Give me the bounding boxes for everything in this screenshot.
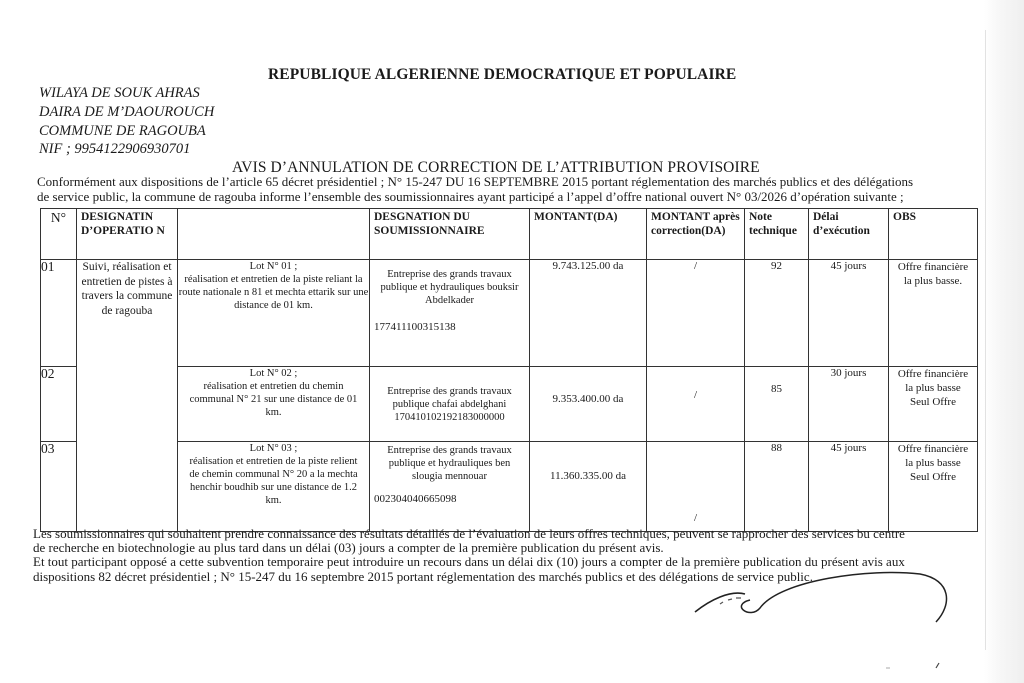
daira-line: DAIRA DE M’DAOUROUCH <box>39 103 214 122</box>
note-technique: 88 <box>745 442 809 532</box>
lot-cell: Lot N° 03 ; réalisation et entretien de … <box>178 442 370 532</box>
row-number: 02 <box>41 367 77 442</box>
montant: 9.353.400.00 da <box>530 367 647 442</box>
row-number: 01 <box>41 260 77 367</box>
table-row: 01 Suivi, réalisation et entretien de pi… <box>41 260 978 367</box>
header-montant: MONTANT(DA) <box>530 209 647 260</box>
montant-apres-correction: / <box>647 260 745 367</box>
row-number: 03 <box>41 442 77 532</box>
bidder-nif: 177411100315138 <box>370 321 529 334</box>
header-montant-apres: MONTANT après correction(DA) <box>647 209 745 260</box>
intro-line-1: Conformément aux dispositions de l’artic… <box>37 175 987 190</box>
lot-description: réalisation et entretien de la piste rel… <box>178 273 369 312</box>
header-soumissionnaire: DESGNATION DU SOUMISSIONNAIRE <box>370 209 530 260</box>
montant-apres-correction: / <box>647 367 745 442</box>
lot-cell: Lot N° 01 ; réalisation et entretien de … <box>178 260 370 367</box>
header-delai: Délai d’exécution <box>809 209 889 260</box>
lot-description: réalisation et entretien de la piste rel… <box>178 455 369 507</box>
bidder-cell: Entreprise des grands travaux publique c… <box>370 367 530 442</box>
bidder-name: Entreprise des grands travaux publique e… <box>370 444 529 483</box>
table-row: 03 Lot N° 03 ; réalisation et entretien … <box>41 442 978 532</box>
bidder-name: Entreprise des grands travaux publique c… <box>370 385 529 411</box>
footer-line-1: Les soumissionnaires qui souhaitent pren… <box>33 527 993 541</box>
bidder-name: Entreprise des grands travaux publique e… <box>370 268 529 307</box>
header-obs: OBS <box>889 209 978 260</box>
commune-line: COMMUNE DE RAGOUBA <box>39 122 214 141</box>
intro-paragraph: Conformément aux dispositions de l’artic… <box>37 175 987 204</box>
header-no: N° <box>41 209 77 260</box>
montant-apres-correction: / <box>647 442 745 532</box>
observation: Offre financière la plus basse. <box>889 260 978 367</box>
montant: 11.360.335.00 da <box>530 442 647 532</box>
republic-heading: REPUBLIQUE ALGERIENNE DEMOCRATIQUE ET PO… <box>268 66 736 84</box>
note-technique: 85 <box>745 367 809 442</box>
bidder-cell: Entreprise des grands travaux publique e… <box>370 442 530 532</box>
montant: 9.743.125.00 da <box>530 260 647 367</box>
table-row: 02 Lot N° 02 ; réalisation et entretien … <box>41 367 978 442</box>
lot-title: Lot N° 03 ; <box>178 442 369 455</box>
intro-line-2: de service public, la commune de ragouba… <box>37 190 987 205</box>
observation: Offre financière la plus basse Seul Offr… <box>889 367 978 442</box>
administration-block: WILAYA DE SOUK AHRAS DAIRA DE M’DAOUROUC… <box>39 84 214 159</box>
lot-title: Lot N° 02 ; <box>178 367 369 380</box>
header-note: Note technique <box>745 209 809 260</box>
delai-execution: 45 jours <box>809 260 889 367</box>
delai-execution: 45 jours <box>809 442 889 532</box>
nif-line: NIF ; 9954122906930701 <box>39 140 214 159</box>
table-header-row: N° DESIGNATIN D’OPERATIO N DESGNATION DU… <box>41 209 978 260</box>
attribution-table: N° DESIGNATIN D’OPERATIO N DESGNATION DU… <box>40 208 978 532</box>
signature-icon <box>690 560 970 670</box>
footer-line-2: de recherche en biotechnologie au plus t… <box>33 541 993 555</box>
header-designation-operation: DESIGNATIN D’OPERATIO N <box>77 209 178 260</box>
lot-description: réalisation et entretien du chemin commu… <box>178 380 369 419</box>
bidder-cell: Entreprise des grands travaux publique e… <box>370 260 530 367</box>
lot-title: Lot N° 01 ; <box>178 260 369 273</box>
delai-execution: 30 jours <box>809 367 889 442</box>
wilaya-line: WILAYA DE SOUK AHRAS <box>39 84 214 103</box>
operation-designation: Suivi, réalisation et entretien de piste… <box>77 260 178 532</box>
observation: Offre financière la plus basse Seul Offr… <box>889 442 978 532</box>
bidder-nif: 002304040665098 <box>370 493 529 506</box>
header-lot <box>178 209 370 260</box>
note-technique: 92 <box>745 260 809 367</box>
bidder-nif: 170410102192183000000 <box>370 411 529 424</box>
lot-cell: Lot N° 02 ; réalisation et entretien du … <box>178 367 370 442</box>
